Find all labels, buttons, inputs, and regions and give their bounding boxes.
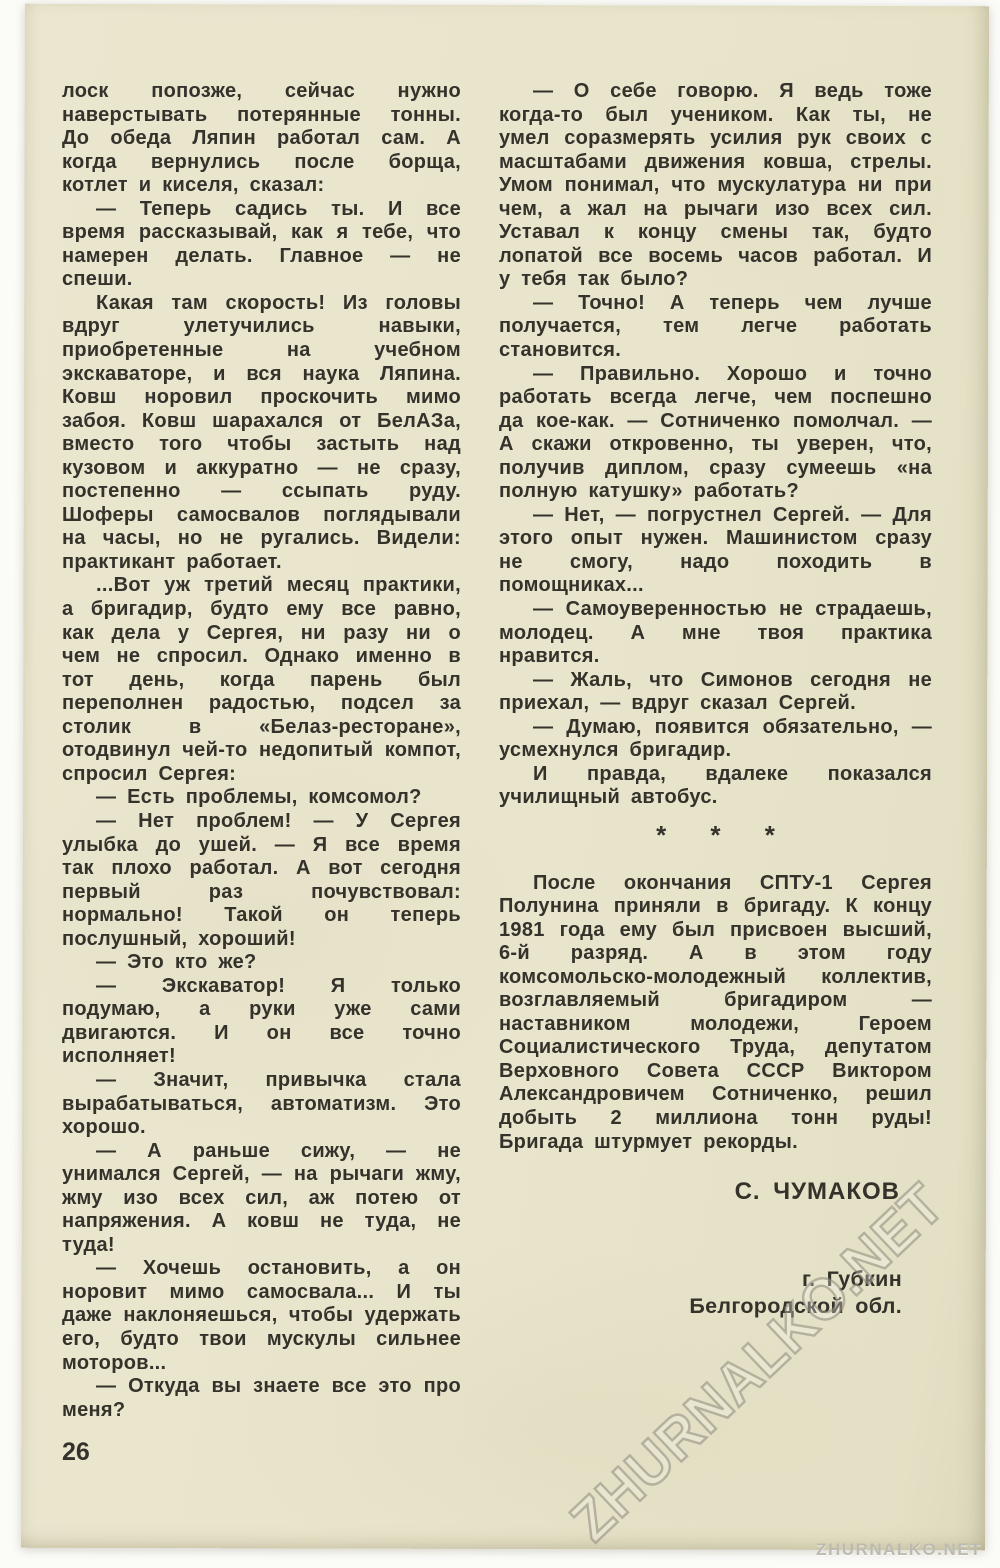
paragraph: — Самоуверенностью не страдаешь, молодец… [499, 598, 932, 669]
paragraph: — Есть проблемы, комсомол? [62, 786, 461, 810]
paragraph: — Значит, привычка стала вырабатываться,… [62, 1069, 461, 1140]
paragraph: — Нет, — погрустнел Сергей. — Для этого … [499, 504, 932, 598]
scanned-magazine-page: { "page": { "number": "26", "separator":… [0, 0, 1000, 1568]
paragraph: — Правильно. Хорошо и точно работать все… [499, 363, 932, 504]
paragraph: — Теперь садись ты. И все время рассказы… [62, 198, 461, 292]
paragraph: — Думаю, появится обязательно, — усмехну… [499, 716, 932, 763]
paragraph: — Откуда вы знаете все это про меня? [62, 1375, 461, 1422]
paragraph: — Экскаватор! Я только подумаю, а руки у… [62, 975, 461, 1069]
paragraph: После окончания СПТУ-1 Сергея Полунина п… [499, 872, 932, 1155]
paragraph: Какая там скорость! Из головы вдруг улет… [62, 292, 461, 575]
right-column-paragraphs-top: — О себе говорю. Я ведь тоже когда-то бы… [499, 80, 932, 810]
author-signature: С. ЧУМАКОВ [499, 1180, 932, 1204]
paragraph: — Хочешь остановить, а он норовит мимо с… [62, 1257, 461, 1375]
paragraph: — Точно! А теперь чем лучше получается, … [499, 292, 932, 363]
right-text-column: — О себе говорю. Я ведь тоже когда-то бы… [499, 80, 932, 1320]
paragraph: И правда, вдалеке показался училищный ав… [499, 763, 932, 810]
left-column-paragraphs: лоск попозже, сейчас нужно наверстывать … [62, 80, 461, 1422]
paragraph: — Это кто же? [62, 951, 461, 975]
section-separator-asterisks: * * * [499, 824, 932, 848]
paragraph: — Нет проблем! — У Сергея улыбка до ушей… [62, 810, 461, 951]
page-number: 26 [62, 1438, 90, 1467]
left-text-column: лоск попозже, сейчас нужно наверстывать … [62, 80, 461, 1422]
right-column-paragraphs-bottom: После окончания СПТУ-1 Сергея Полунина п… [499, 872, 932, 1155]
watermark-corner: ZHURNALKO.NET [816, 1540, 982, 1560]
paragraph: ...Вот уж третий месяц практики, а брига… [62, 574, 461, 786]
paragraph: — А раньше сижу, — не унимался Сергей, —… [62, 1140, 461, 1258]
paragraph: — Жаль, что Симонов сегодня не приехал, … [499, 669, 932, 716]
paragraph: лоск попозже, сейчас нужно наверстывать … [62, 80, 461, 198]
author-location: г. Губкин Белгородской обл. [499, 1266, 932, 1320]
location-region: Белгородской обл. [499, 1293, 902, 1320]
paragraph: — О себе говорю. Я ведь тоже когда-то бы… [499, 80, 932, 292]
location-city: г. Губкин [499, 1266, 902, 1293]
